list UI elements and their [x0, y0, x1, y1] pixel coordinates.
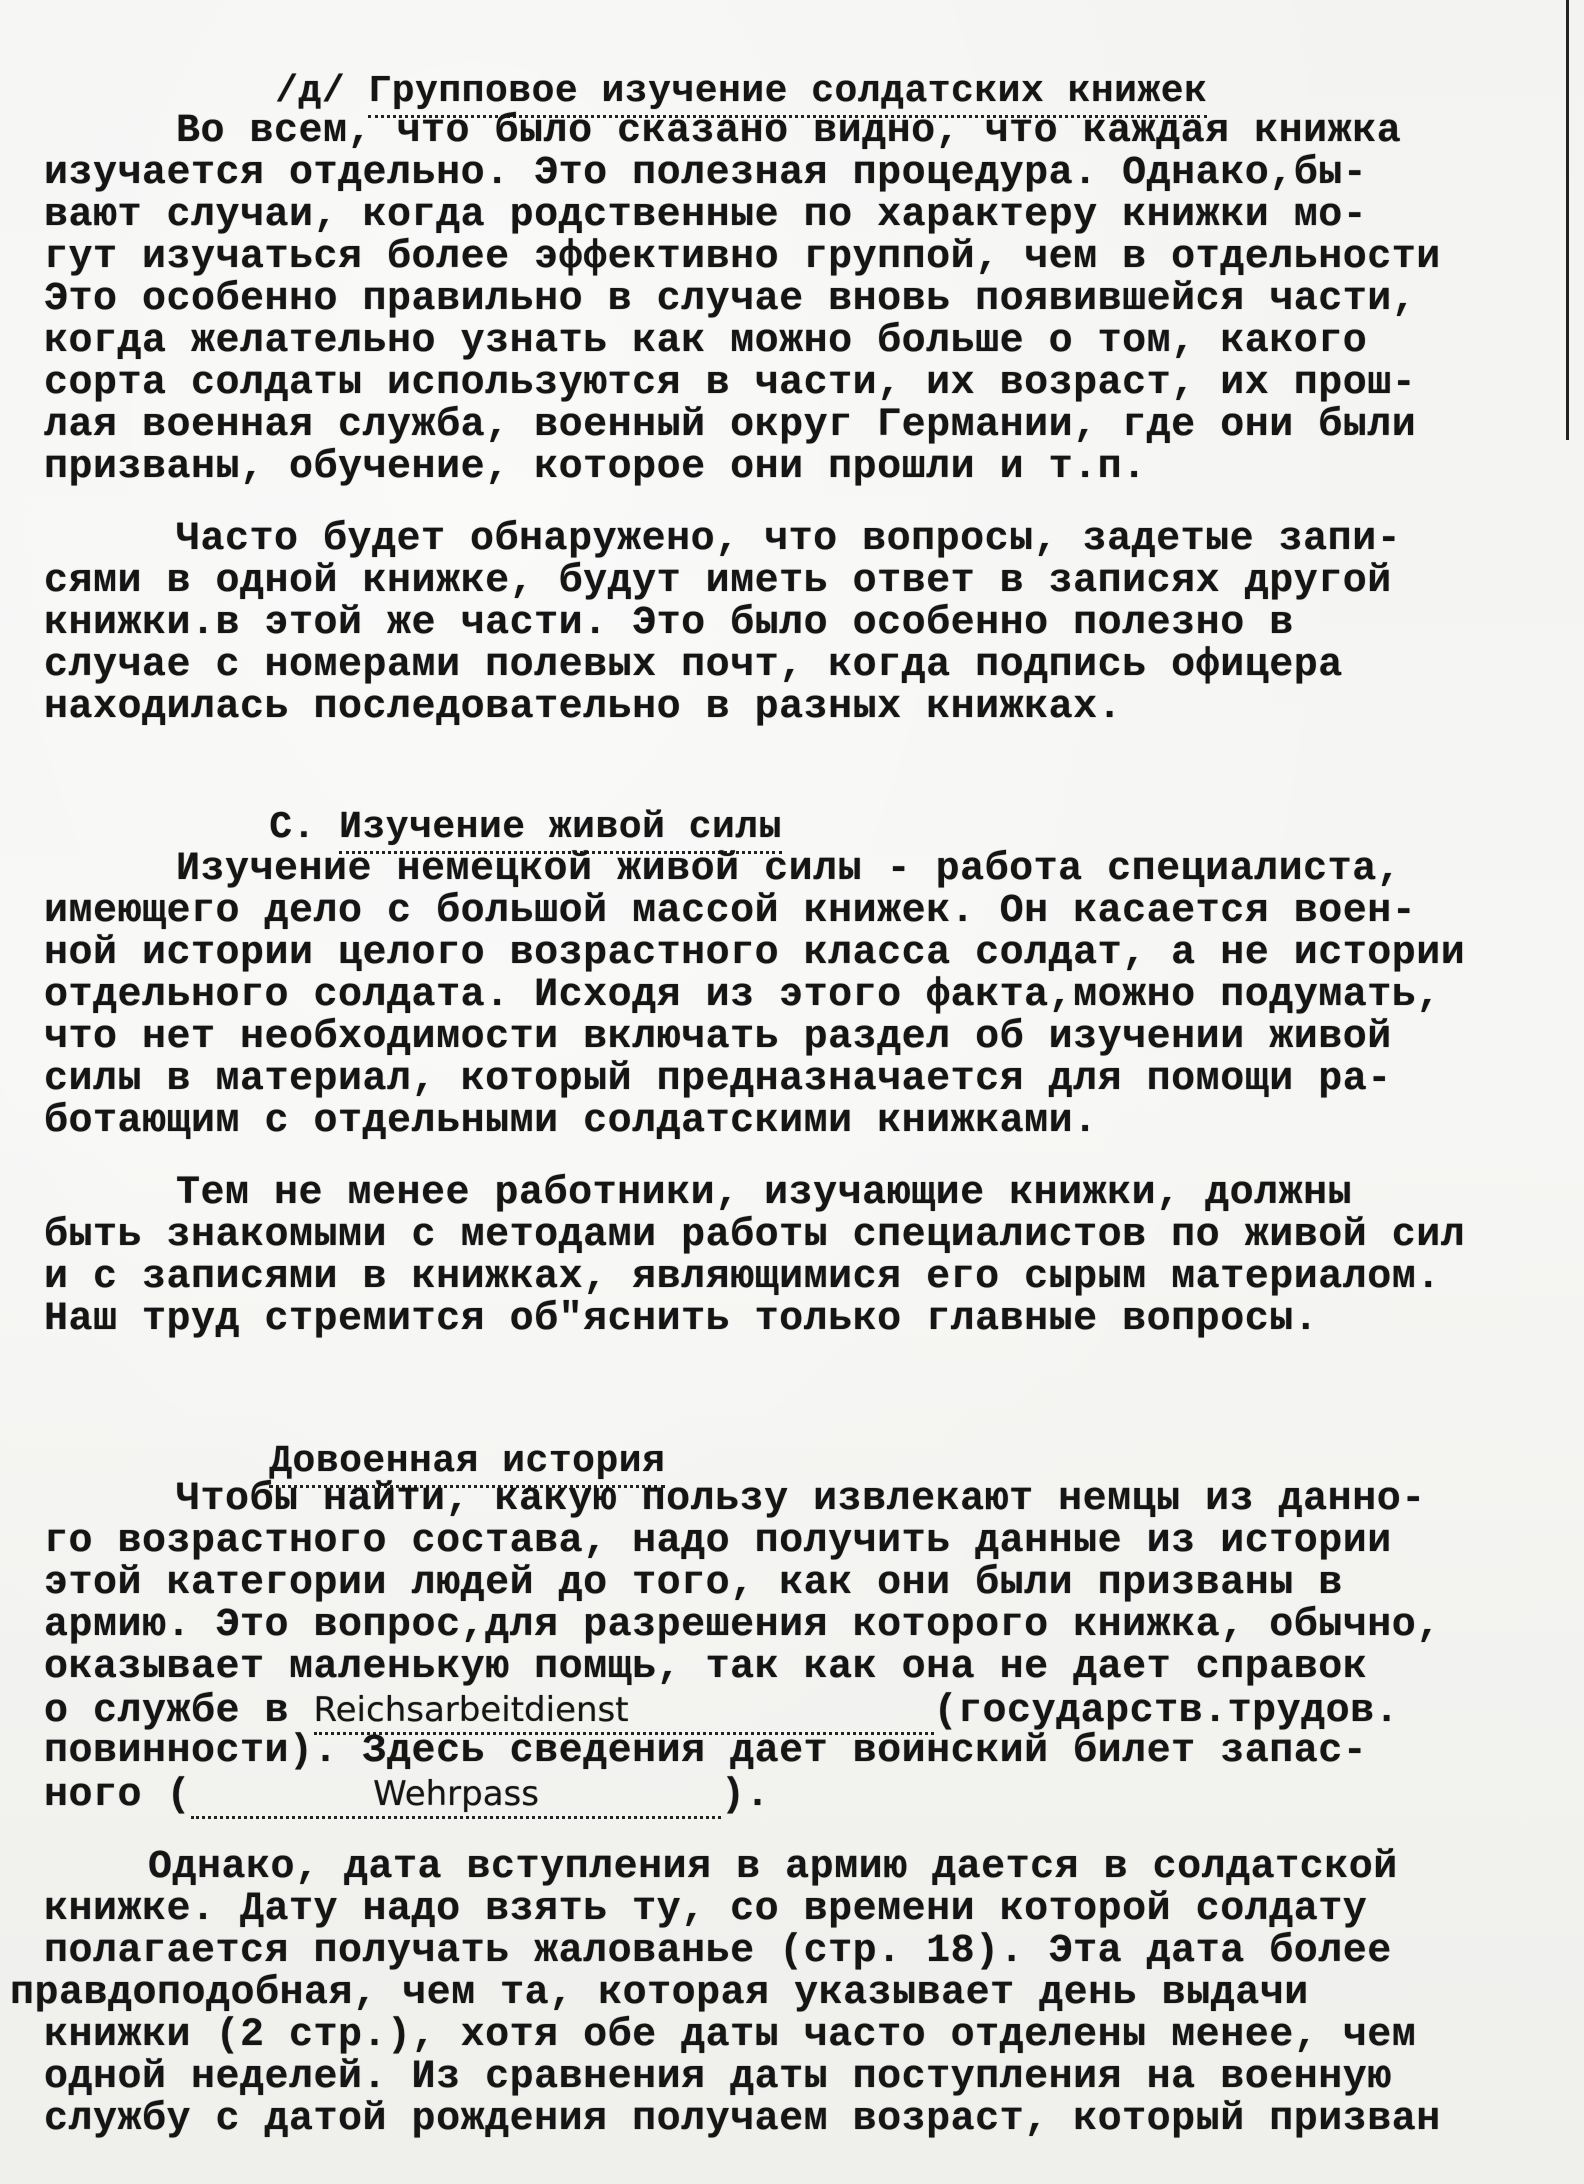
- text-line: ботающим с отдельными солдатскими книжка…: [44, 1100, 1098, 1144]
- handwritten-insert-wehrpass: Wehrpass: [191, 1772, 721, 1819]
- text-line: книжки (2 стр.), хотя обе даты часто отд…: [44, 2014, 1416, 2058]
- text-line: отдельного солдата. Исходя из этого факт…: [44, 974, 1441, 1018]
- fill-in-line-rad: о службе в Reichsarbeitdienst(государств…: [44, 1688, 1399, 1735]
- text-line: Тем не менее работники, изучающие книжки…: [176, 1172, 1352, 1216]
- document-page: /д/ Групповое изучение солдатских книжек…: [0, 0, 1584, 2184]
- text-line: находилась последовательно в разных книж…: [44, 686, 1122, 730]
- text-line: Во всем, что было сказано видно, что каж…: [176, 110, 1401, 154]
- text-line: вают случаи, когда родственные по характ…: [44, 194, 1367, 238]
- text-line: и с записями в книжках, являющимися его …: [44, 1256, 1441, 1300]
- text-fragment: ).: [721, 1773, 770, 1818]
- text-line: силы в материал, который предназначается…: [44, 1058, 1392, 1102]
- text-line: лая военная служба, военный округ Герман…: [44, 404, 1416, 448]
- text-line: книжке. Дату надо взять ту, со времени к…: [44, 1888, 1367, 1932]
- text-line: Изучение немецкой живой силы - работа сп…: [176, 848, 1401, 892]
- text-line: книжки.в этой же части. Это было особенн…: [44, 602, 1294, 646]
- text-fragment: ного (: [44, 1773, 191, 1818]
- handwritten-insert-reichsarbeitdienst: Reichsarbeitdienst: [314, 1688, 934, 1735]
- text-line: быть знакомыми с методами работы специал…: [44, 1214, 1465, 1258]
- text-line: армию. Это вопрос,для разрешения которог…: [44, 1604, 1441, 1648]
- text-line: повинности). Здесь сведения дает воински…: [44, 1730, 1367, 1774]
- text-line: Часто будет обнаружено, что вопросы, зад…: [176, 518, 1401, 562]
- text-line: что нет необходимости включать раздел об…: [44, 1016, 1392, 1060]
- text-line: Чтобы найти, какую пользу извлекают немц…: [176, 1478, 1426, 1522]
- text-line: призваны, обучение, которое они прошли и…: [44, 446, 1147, 490]
- text-line: го возрастного состава, надо получить да…: [44, 1520, 1392, 1564]
- text-line: изучается отдельно. Это полезная процеду…: [44, 152, 1367, 196]
- section-prefix: С.: [269, 806, 316, 849]
- text-line: одной неделей. Из сравнения даты поступл…: [44, 2056, 1392, 2100]
- fill-in-line-wehrpass: ного (Wehrpass).: [44, 1772, 770, 1819]
- text-fragment: (государств.трудов.: [934, 1689, 1400, 1734]
- text-line: Однако, дата вступления в армию дается в…: [148, 1846, 1398, 1890]
- text-line: гут изучаться более эффективно группой, …: [44, 236, 1441, 280]
- text-line: полагается получать жалованье (стр. 18).…: [44, 1930, 1392, 1974]
- text-line: оказывает маленькую помщь, так как она н…: [44, 1646, 1367, 1690]
- text-line: службу с датой рождения получаем возраст…: [44, 2098, 1441, 2142]
- text-line: ной истории целого возрастного класса со…: [44, 932, 1465, 976]
- text-line: имеющего дело с большой массой книжек. О…: [44, 890, 1416, 934]
- text-line: правдоподобная, чем та, которая указывае…: [10, 1972, 1309, 2016]
- text-fragment: о службе в: [44, 1689, 314, 1734]
- text-line: сями в одной книжке, будут иметь ответ в…: [44, 560, 1392, 604]
- text-line: Наш труд стремится об"яснить только глав…: [44, 1298, 1318, 1342]
- section-prefix: /д/: [275, 70, 345, 113]
- text-line: сорта солдаты используются в части, их в…: [44, 362, 1416, 406]
- text-line: когда желательно узнать как можно больше…: [44, 320, 1367, 364]
- text-line: случае с номерами полевых почт, когда по…: [44, 644, 1343, 688]
- page-edge-line: [1566, 0, 1569, 440]
- text-line: этой категории людей до того, как они бы…: [44, 1562, 1343, 1606]
- text-line: Это особенно правильно в случае вновь по…: [44, 278, 1416, 322]
